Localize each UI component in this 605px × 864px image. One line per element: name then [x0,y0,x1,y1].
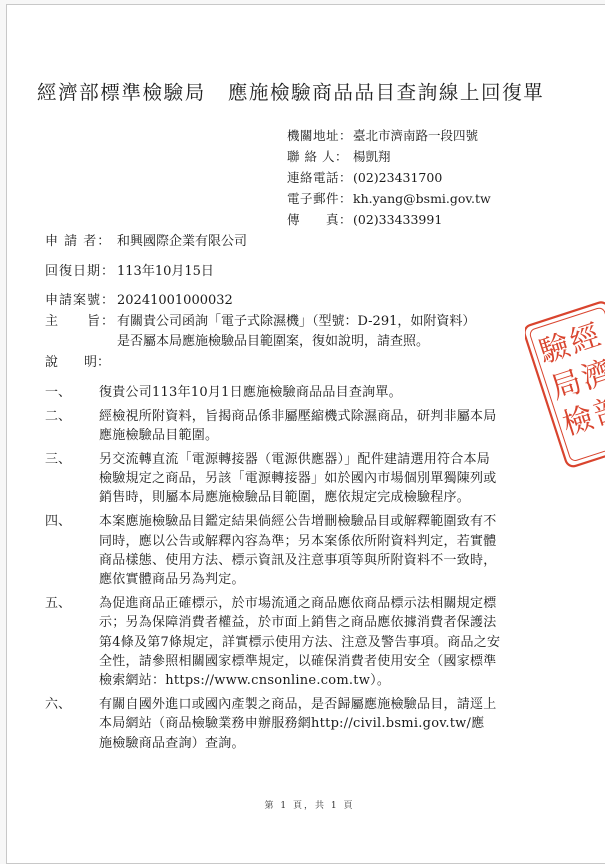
page-number: 第 1 頁，共 1 頁 [7,798,605,811]
explanation-item-5: 五、 為促進商品正確標示，於市場流通之商品應依商品標示法相關規定標 示；另為保障… [45,594,595,690]
document-page: 經濟部標準檢驗局應施檢驗商品品目查詢線上回復單 機關地址：臺北市濟南路一段四號 … [6,4,605,864]
explanation-label: 說 明： [45,351,110,370]
applicant-name: 和興國際企業有限公司 [117,234,247,249]
applicant-row: 申 請 者：和興國際企業有限公司 [45,227,247,257]
explanation-item-4: 四、 本案應施檢驗品目鑑定結果倘經公告增刪檢驗品目或解釋範圍致有不 同時，應以公… [45,512,595,589]
title-form-name: 應施檢驗商品品目查詢線上回復單 [228,81,545,104]
reply-date: 113年10月15日 [117,264,214,279]
explanation-item-6: 六、 有關自國外進口或國內產製之商品，是否歸屬應施檢驗品目，請逕上 本局網站（商… [45,695,595,753]
subject-text: 有關貴公司函詢「電子式除濕機」（型號：D-291，如附資料） 是否屬本局應施檢驗… [117,312,605,351]
reply-date-row: 回復日期：113年10月15日 [45,257,247,287]
title-agency: 經濟部標準檢驗局 [37,81,206,104]
explanation-item-3: 三、 另交流轉直流「電源轉接器（電源供應器）」配件建請選用符合本局 檢驗規定之商… [45,450,595,508]
contact-address: 機關地址：臺北市濟南路一段四號 [287,125,491,146]
case-number: 20241001000032 [117,293,233,308]
subject-label: 主 旨： [45,312,117,332]
subject-section: 主 旨： 有關貴公司函詢「電子式除濕機」（型號：D-291，如附資料） 是否屬本… [45,312,605,351]
explanation-items: 一、 復貴公司113年10月1日應施檢驗商品品目查詢單。 二、 經檢視所附資料，… [45,383,595,757]
explanation-item-1: 一、 復貴公司113年10月1日應施檢驗商品品目查詢單。 [45,383,595,402]
case-meta: 申 請 者：和興國際企業有限公司 回復日期：113年10月15日 申請案號：20… [45,227,247,316]
document-title: 經濟部標準檢驗局應施檢驗商品品目查詢線上回復單 [37,77,597,105]
contact-fax: 傳 真：(02)33433991 [287,209,491,230]
contact-person: 聯 絡 人：楊凱翔 [287,146,491,167]
contact-phone: 連絡電話：(02)23431700 [287,167,491,188]
contact-block: 機關地址：臺北市濟南路一段四號 聯 絡 人：楊凱翔 連絡電話：(02)23431… [287,125,491,230]
contact-email: 電子郵件：kh.yang@bsmi.gov.tw [287,188,491,209]
explanation-item-2: 二、 經檢視所附資料，旨揭商品係非屬壓縮機式除濕商品，研判非屬本局 應施檢驗品目… [45,407,595,446]
